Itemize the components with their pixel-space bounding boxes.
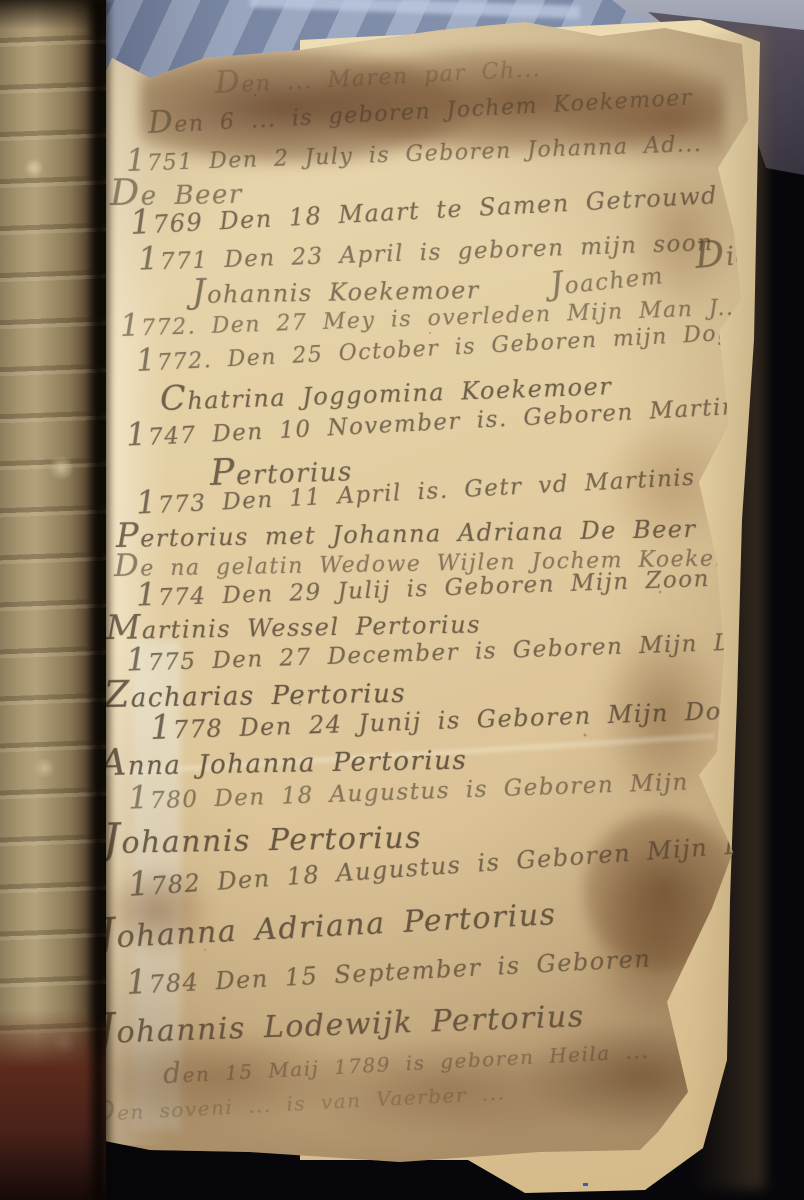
blue-speck xyxy=(583,1183,588,1186)
photo-of-manuscript: Den ... Maren par Ch... Den 6 ... is geb… xyxy=(0,0,804,1200)
binding-crevice xyxy=(86,0,114,1200)
